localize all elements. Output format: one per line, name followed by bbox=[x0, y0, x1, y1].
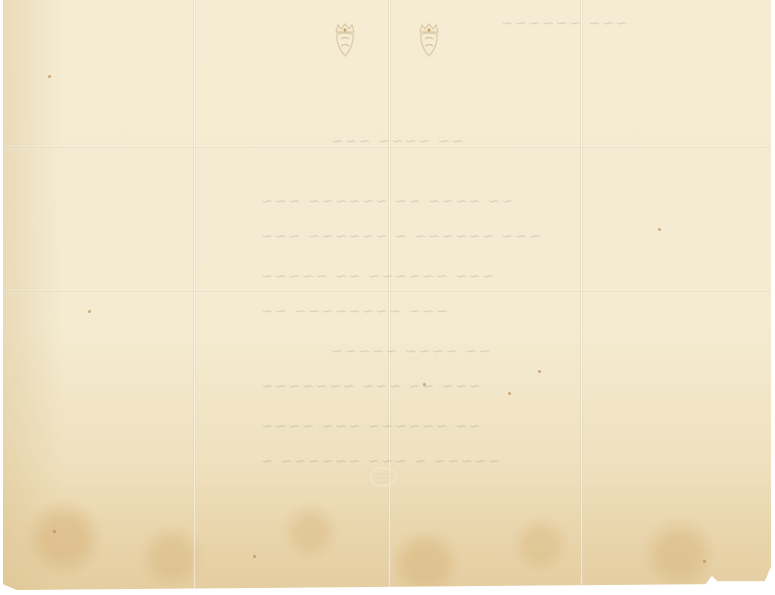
fold-line-horizontal-2 bbox=[3, 290, 771, 293]
bleed-through-line: ~~~ ~~~~~~ bbox=[498, 14, 630, 32]
foxing-speck bbox=[658, 228, 661, 231]
foxing-speck bbox=[508, 392, 511, 395]
bleed-through-line: ~~~ ~~ ~~~ ~~~~~~~ bbox=[258, 377, 483, 395]
embossed-crest-icon bbox=[333, 22, 357, 60]
foxing-speck bbox=[48, 75, 51, 78]
foxing-speck bbox=[88, 310, 91, 313]
foxing-speck bbox=[423, 383, 426, 386]
bleed-through-line: ~~ ~~~~ ~~~~~ bbox=[328, 342, 493, 360]
bleed-through-line: ~~~ ~~~~~~ ~~ ~~~~~ bbox=[258, 267, 496, 285]
paper-sheet: ~~ ~~~~ ~~~ ~~ ~~~~ ~~ ~~~~~~ ~~~ ~~~ ~~… bbox=[3, 0, 771, 590]
embossed-crest-icon bbox=[417, 22, 441, 60]
bleed-through-line: ~~~ ~~~~~~ ~ ~~~~~~ ~~~ bbox=[258, 227, 543, 245]
foxing-speck bbox=[538, 370, 541, 373]
bleed-through-line: ~~ ~~~~ ~~ ~~~~~~ ~~~ bbox=[258, 192, 516, 210]
bleed-through-line: ~~~ ~~~~~~~~ ~~ bbox=[258, 302, 450, 320]
foxing-speck bbox=[253, 555, 256, 558]
fold-line-vertical-1 bbox=[193, 0, 196, 590]
foxing-speck bbox=[703, 560, 706, 563]
foxing-speck bbox=[53, 530, 56, 533]
bleed-through-line: ~~ ~~~~ ~~~ bbox=[328, 132, 465, 150]
fold-line-vertical-2 bbox=[388, 0, 391, 590]
fold-line-vertical-3 bbox=[580, 0, 583, 590]
bleed-through-line: ~~~~~ ~ ~~~ ~~~~~~ ~ bbox=[258, 452, 502, 470]
bleed-through-line: ~~ ~~~~~~ ~~~ ~~~~ bbox=[258, 417, 483, 435]
